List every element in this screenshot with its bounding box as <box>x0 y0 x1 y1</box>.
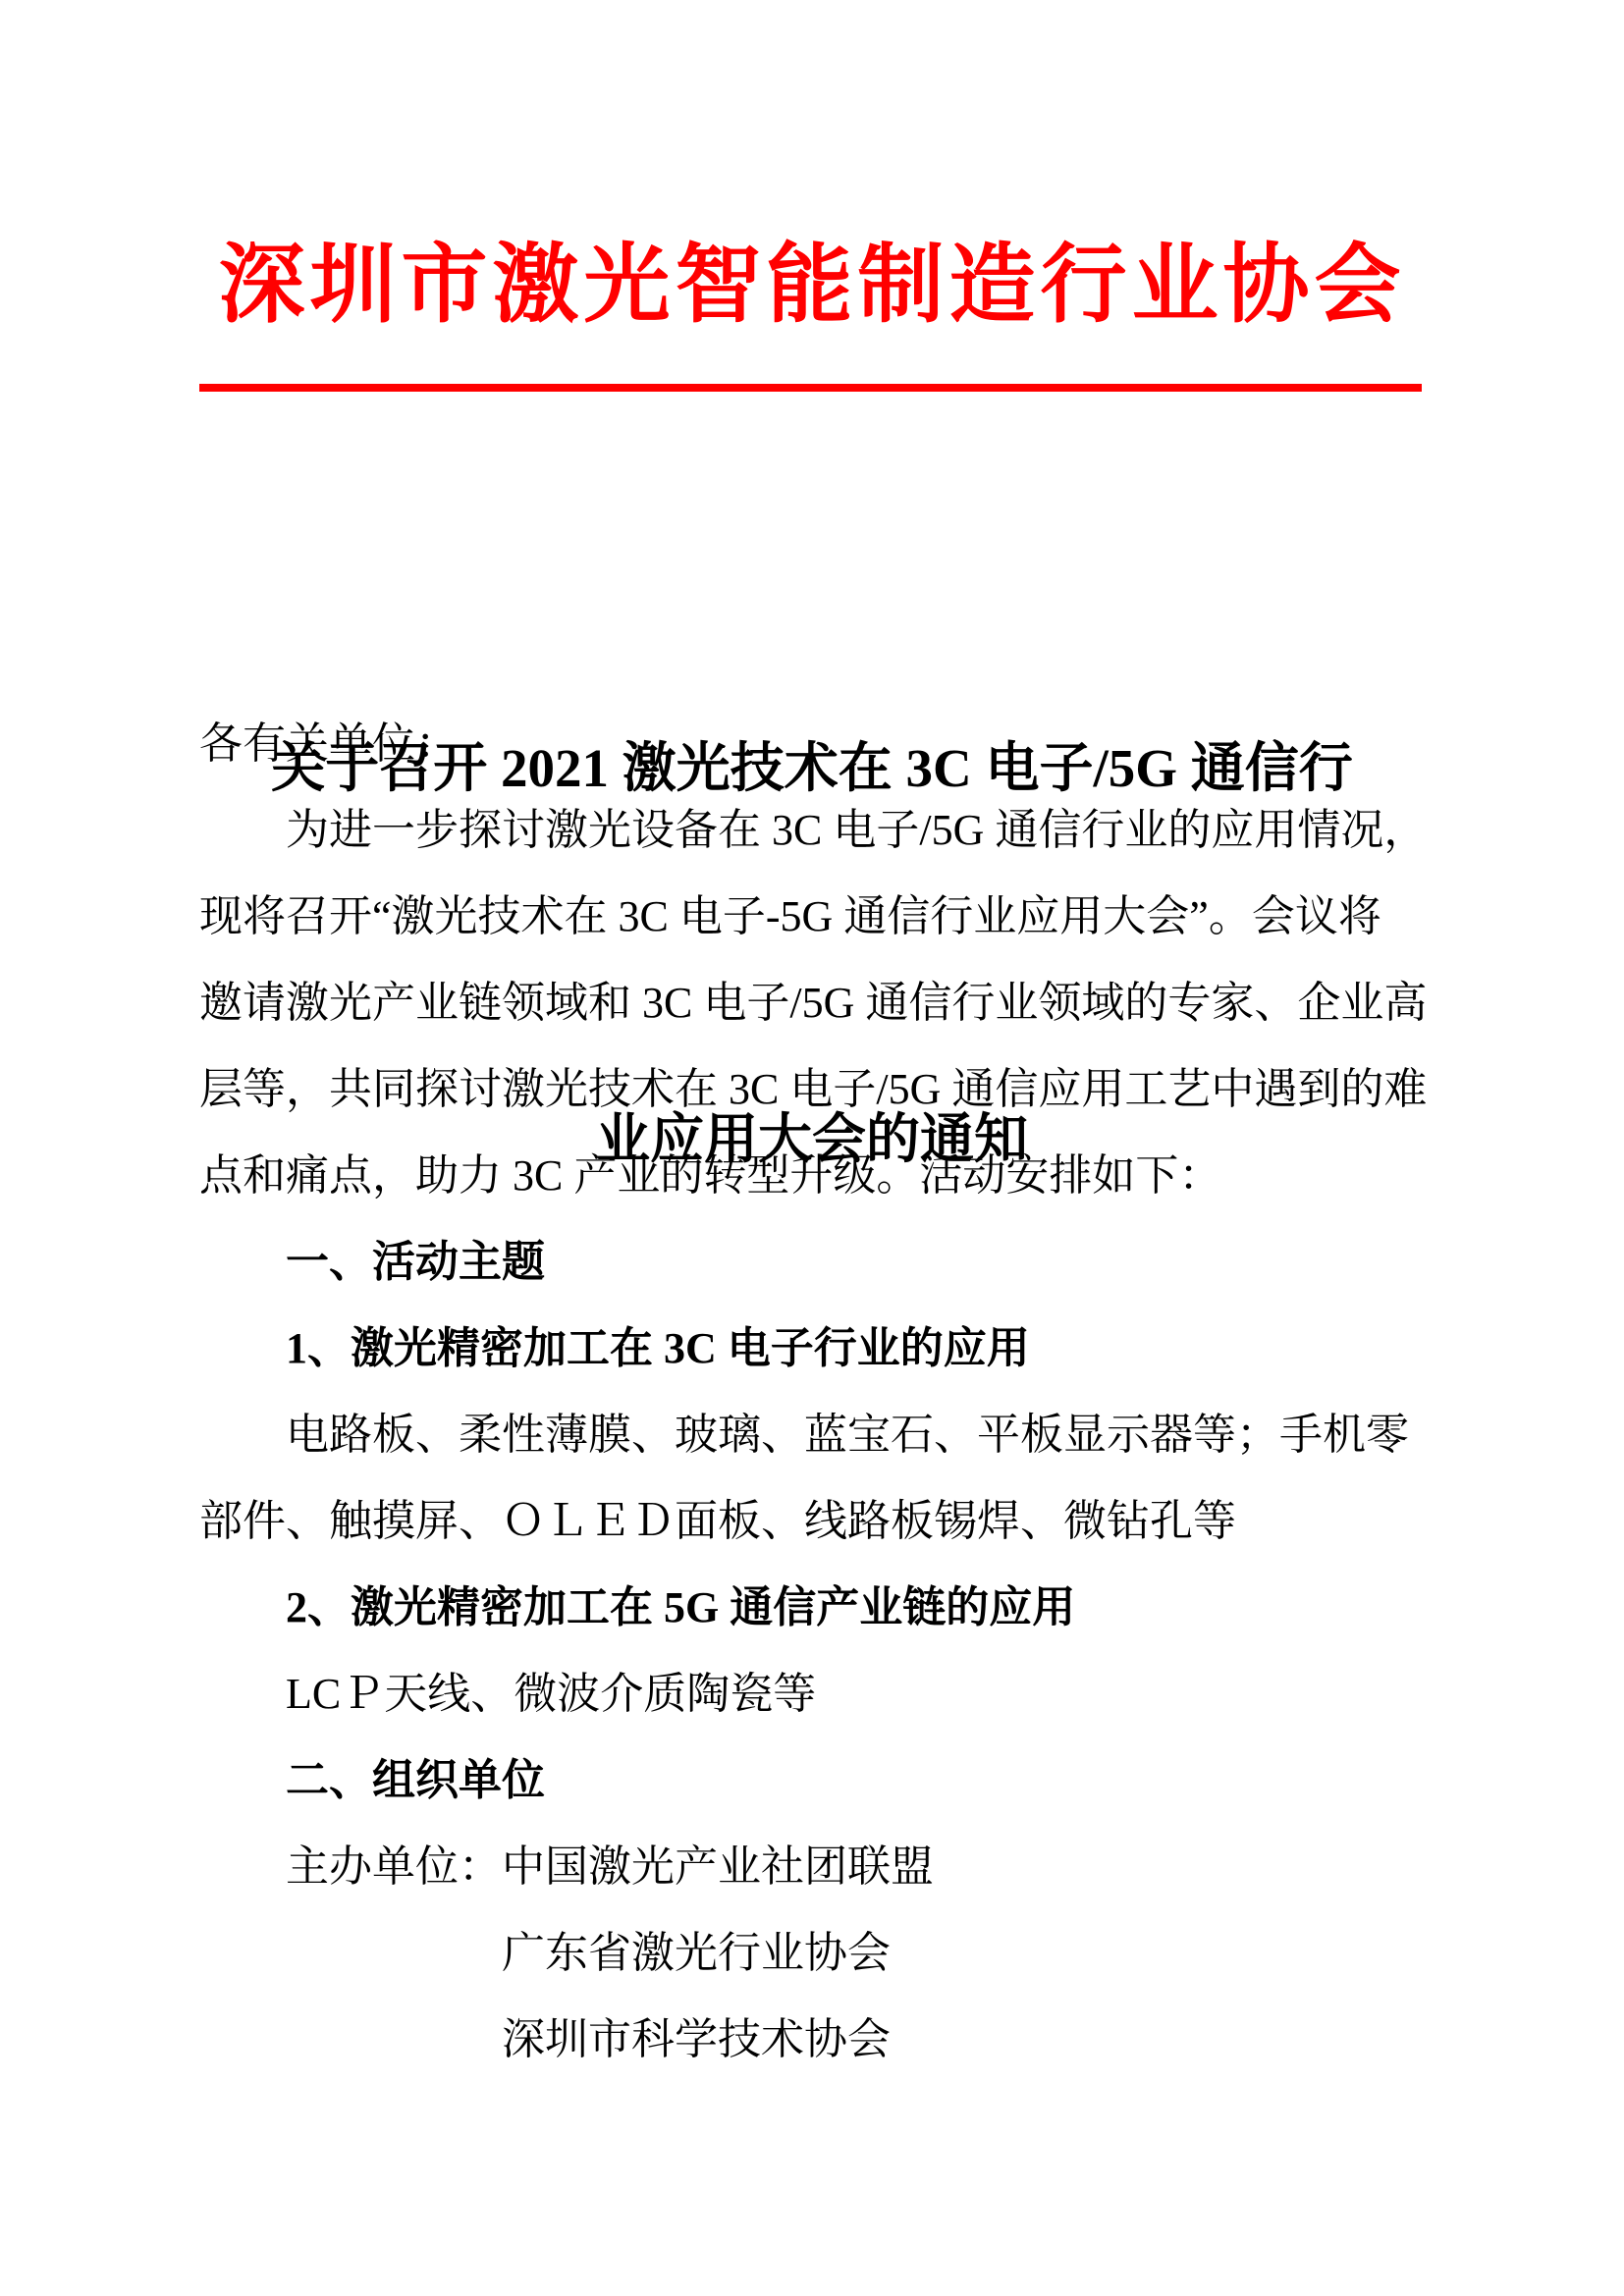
paragraph-line: 层等，共同探讨激光技术在 3C 电子/5G 通信应用工艺中遇到的难 <box>0 1046 1624 1133</box>
document-body: 各有关单位： 为进一步探讨激光设备在 3C 电子/5G 通信行业的应用情况， 现… <box>0 701 1624 2083</box>
paragraph-line: 点和痛点，助力 3C 产业的转型升级。活动安排如下： <box>0 1133 1624 1219</box>
list-line: LCＰ天线、微波介质陶瓷等 <box>0 1651 1624 1737</box>
document-page: 深圳市激光智能制造行业协会 关于召开 2021 激光技术在 3C 电子/5G 通… <box>0 0 1624 2296</box>
list-line: 电路板、柔性薄膜、玻璃、蓝宝石、平板显示器等；手机零 <box>0 1392 1624 1478</box>
paragraph-line: 邀请激光产业链领域和 3C 电子/5G 通信行业领域的专家、企业高 <box>0 960 1624 1046</box>
section-heading-organizers: 二、组织单位 <box>0 1737 1624 1824</box>
organizer-line: 主办单位：中国激光产业社团联盟 <box>0 1824 1624 1910</box>
subheading-3c-application: 1、激光精密加工在 3C 电子行业的应用 <box>0 1306 1624 1392</box>
subheading-5g-application: 2、激光精密加工在 5G 通信产业链的应用 <box>0 1565 1624 1651</box>
salutation-line: 各有关单位： <box>0 701 1624 787</box>
section-heading-activity-theme: 一、活动主题 <box>0 1219 1624 1306</box>
list-line: 部件、触摸屏、ＯＬＥＤ面板、线路板锡焊、微钻孔等 <box>0 1478 1624 1565</box>
header-divider-line <box>199 384 1422 392</box>
paragraph-line: 为进一步探讨激光设备在 3C 电子/5G 通信行业的应用情况， <box>0 787 1624 874</box>
org-name-header: 深圳市激光智能制造行业协会 <box>0 234 1624 336</box>
organizer-line: 深圳市科学技术协会 <box>0 1997 1624 2083</box>
paragraph-line: 现将召开“激光技术在 3C 电子-5G 通信行业应用大会”。会议将 <box>0 874 1624 960</box>
organizer-line: 广东省激光行业协会 <box>0 1910 1624 1997</box>
